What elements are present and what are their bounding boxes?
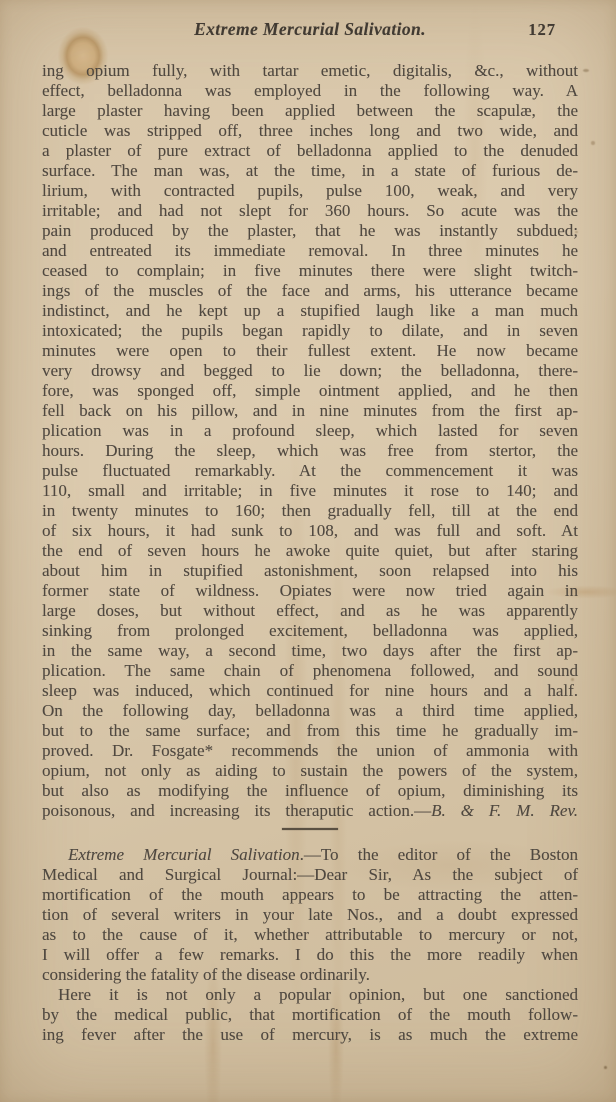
- text-line: ing opium fully, with tartar emetic, dig…: [42, 61, 578, 81]
- text-line: I will offer a few remarks. I do this th…: [42, 945, 578, 965]
- text-line: surface. The man was, at the time, in a …: [42, 161, 578, 181]
- paper-speck: [571, 678, 574, 681]
- text-line: in twenty minutes to 160; then gradually…: [42, 501, 578, 521]
- text-line: very drowsy and begged to lie down; the …: [42, 361, 578, 381]
- text-column: ing opium fully, with tartar emetic, dig…: [42, 61, 578, 1045]
- text-line: tion of several writers in your late Nos…: [42, 905, 578, 925]
- text-line: irritable; and had not slept for 360 hou…: [42, 201, 578, 221]
- text-line: pulse fluctuated remarkably. At the comm…: [42, 461, 578, 481]
- text-line: as to the cause of it, whether attributa…: [42, 925, 578, 945]
- text-line: Medical and Surgical Journal:—Dear Sir, …: [42, 865, 578, 885]
- text-line: intoxicated; the pupils began rapidly to…: [42, 321, 578, 341]
- text-line: fell back on his pillow, and in nine min…: [42, 401, 578, 421]
- text-line: minutes were open to their fullest exten…: [42, 341, 578, 361]
- text-line: plication. The same chain of phenomena f…: [42, 661, 578, 681]
- text-line: 110, small and irritable; in five minute…: [42, 481, 578, 501]
- italic-run: B. & F. M. Rev.: [431, 801, 578, 820]
- paper-speck: [591, 141, 595, 145]
- text-line: sleep was induced, which continued for n…: [42, 681, 578, 701]
- text-line: ings of the muscles of the face and arms…: [42, 281, 578, 301]
- text-line: considering the fatality of the disease …: [42, 965, 578, 985]
- text-line: but to the same surface; and from this t…: [42, 721, 578, 741]
- text-line: pain produced by the plaster, that he wa…: [42, 221, 578, 241]
- text-line: sinking from prolonged excitement, bella…: [42, 621, 578, 641]
- text-line: former state of wildness. Opiates were n…: [42, 581, 578, 601]
- text-line: ing fever after the use of mercury, is a…: [42, 1025, 578, 1045]
- text-line: large plaster having been applied betwee…: [42, 101, 578, 121]
- text-line: poisonous, and increasing its theraputic…: [42, 801, 578, 821]
- text-line: by the medical public, that mortificatio…: [42, 1005, 578, 1025]
- text-line: ceased to complain; in five minutes ther…: [42, 261, 578, 281]
- text-line: On the following day, belladonna was a t…: [42, 701, 578, 721]
- text-line: in the same way, a second time, two days…: [42, 641, 578, 661]
- book-page: Extreme Mercurial Salivation. 127 ing op…: [0, 0, 616, 1102]
- paragraph-belladonna-continuation: ing opium fully, with tartar emetic, dig…: [42, 61, 578, 821]
- text-line: lirium, with contracted pupils, pulse 10…: [42, 181, 578, 201]
- text-line: cuticle was stripped off, three inches l…: [42, 121, 578, 141]
- section-divider: [282, 828, 338, 830]
- text-line: the end of seven hours he awoke quite qu…: [42, 541, 578, 561]
- text-line: indistinct, and he kept up a stupified l…: [42, 301, 578, 321]
- text-line: of six hours, it had sunk to 108, and wa…: [42, 521, 578, 541]
- page-number: 127: [528, 20, 556, 40]
- text-line: opium, not only as aiding to sustain the…: [42, 761, 578, 781]
- running-header-title: Extreme Mercurial Salivation.: [42, 19, 578, 40]
- running-header: Extreme Mercurial Salivation. 127: [42, 19, 578, 41]
- paper-speck: [583, 69, 589, 72]
- text-line: but also as modifying the influence of o…: [42, 781, 578, 801]
- text-line: mortification of the mouth appears to be…: [42, 885, 578, 905]
- text-line: about him in stupified astonishment, soo…: [42, 561, 578, 581]
- text-line: fore, was sponged off, simple ointment a…: [42, 381, 578, 401]
- text-line: and entreated its immediate removal. In …: [42, 241, 578, 261]
- text-line: hours. During the sleep, which was free …: [42, 441, 578, 461]
- text-line: plication was in a profound sleep, which…: [42, 421, 578, 441]
- text-line: proved. Dr. Fosgate* recommends the unio…: [42, 741, 578, 761]
- text-line: Here it is not only a popular opinion, b…: [42, 985, 578, 1005]
- text-line: Extreme Mercurial Salivation.—To the edi…: [42, 845, 578, 865]
- article-extreme-mercurial-salivation: Extreme Mercurial Salivation.—To the edi…: [42, 845, 578, 1045]
- italic-run: Extreme Mercurial Salivation: [68, 845, 300, 864]
- paper-speck: [604, 1066, 607, 1069]
- text-line: effect, belladonna was employed in the f…: [42, 81, 578, 101]
- paper-speck: [575, 231, 578, 233]
- text-line: large doses, but without effect, and as …: [42, 601, 578, 621]
- text-line: a plaster of pure extract of belladonna …: [42, 141, 578, 161]
